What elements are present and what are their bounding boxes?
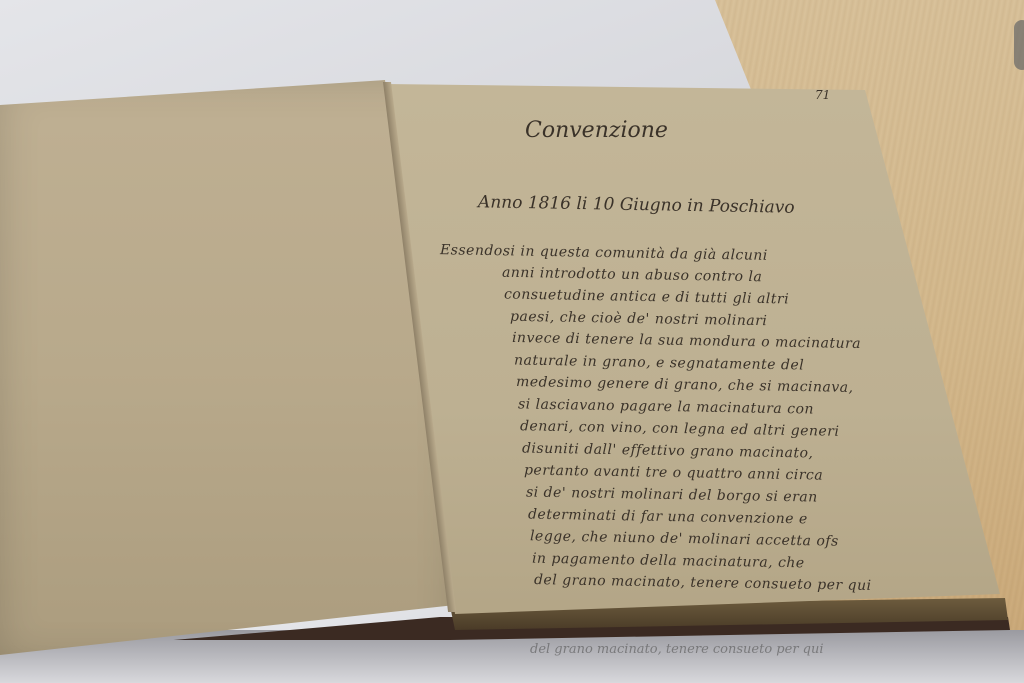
manuscript-title: Convenzione	[525, 118, 668, 143]
page-number: 71	[815, 88, 830, 102]
reflected-text-line: del grano macinato, tenere consueto per …	[530, 642, 824, 657]
left-page-blank	[0, 80, 455, 660]
photo-scene: in pagamento del grano macinato, tenere …	[0, 0, 1024, 683]
background-object	[1014, 20, 1024, 70]
